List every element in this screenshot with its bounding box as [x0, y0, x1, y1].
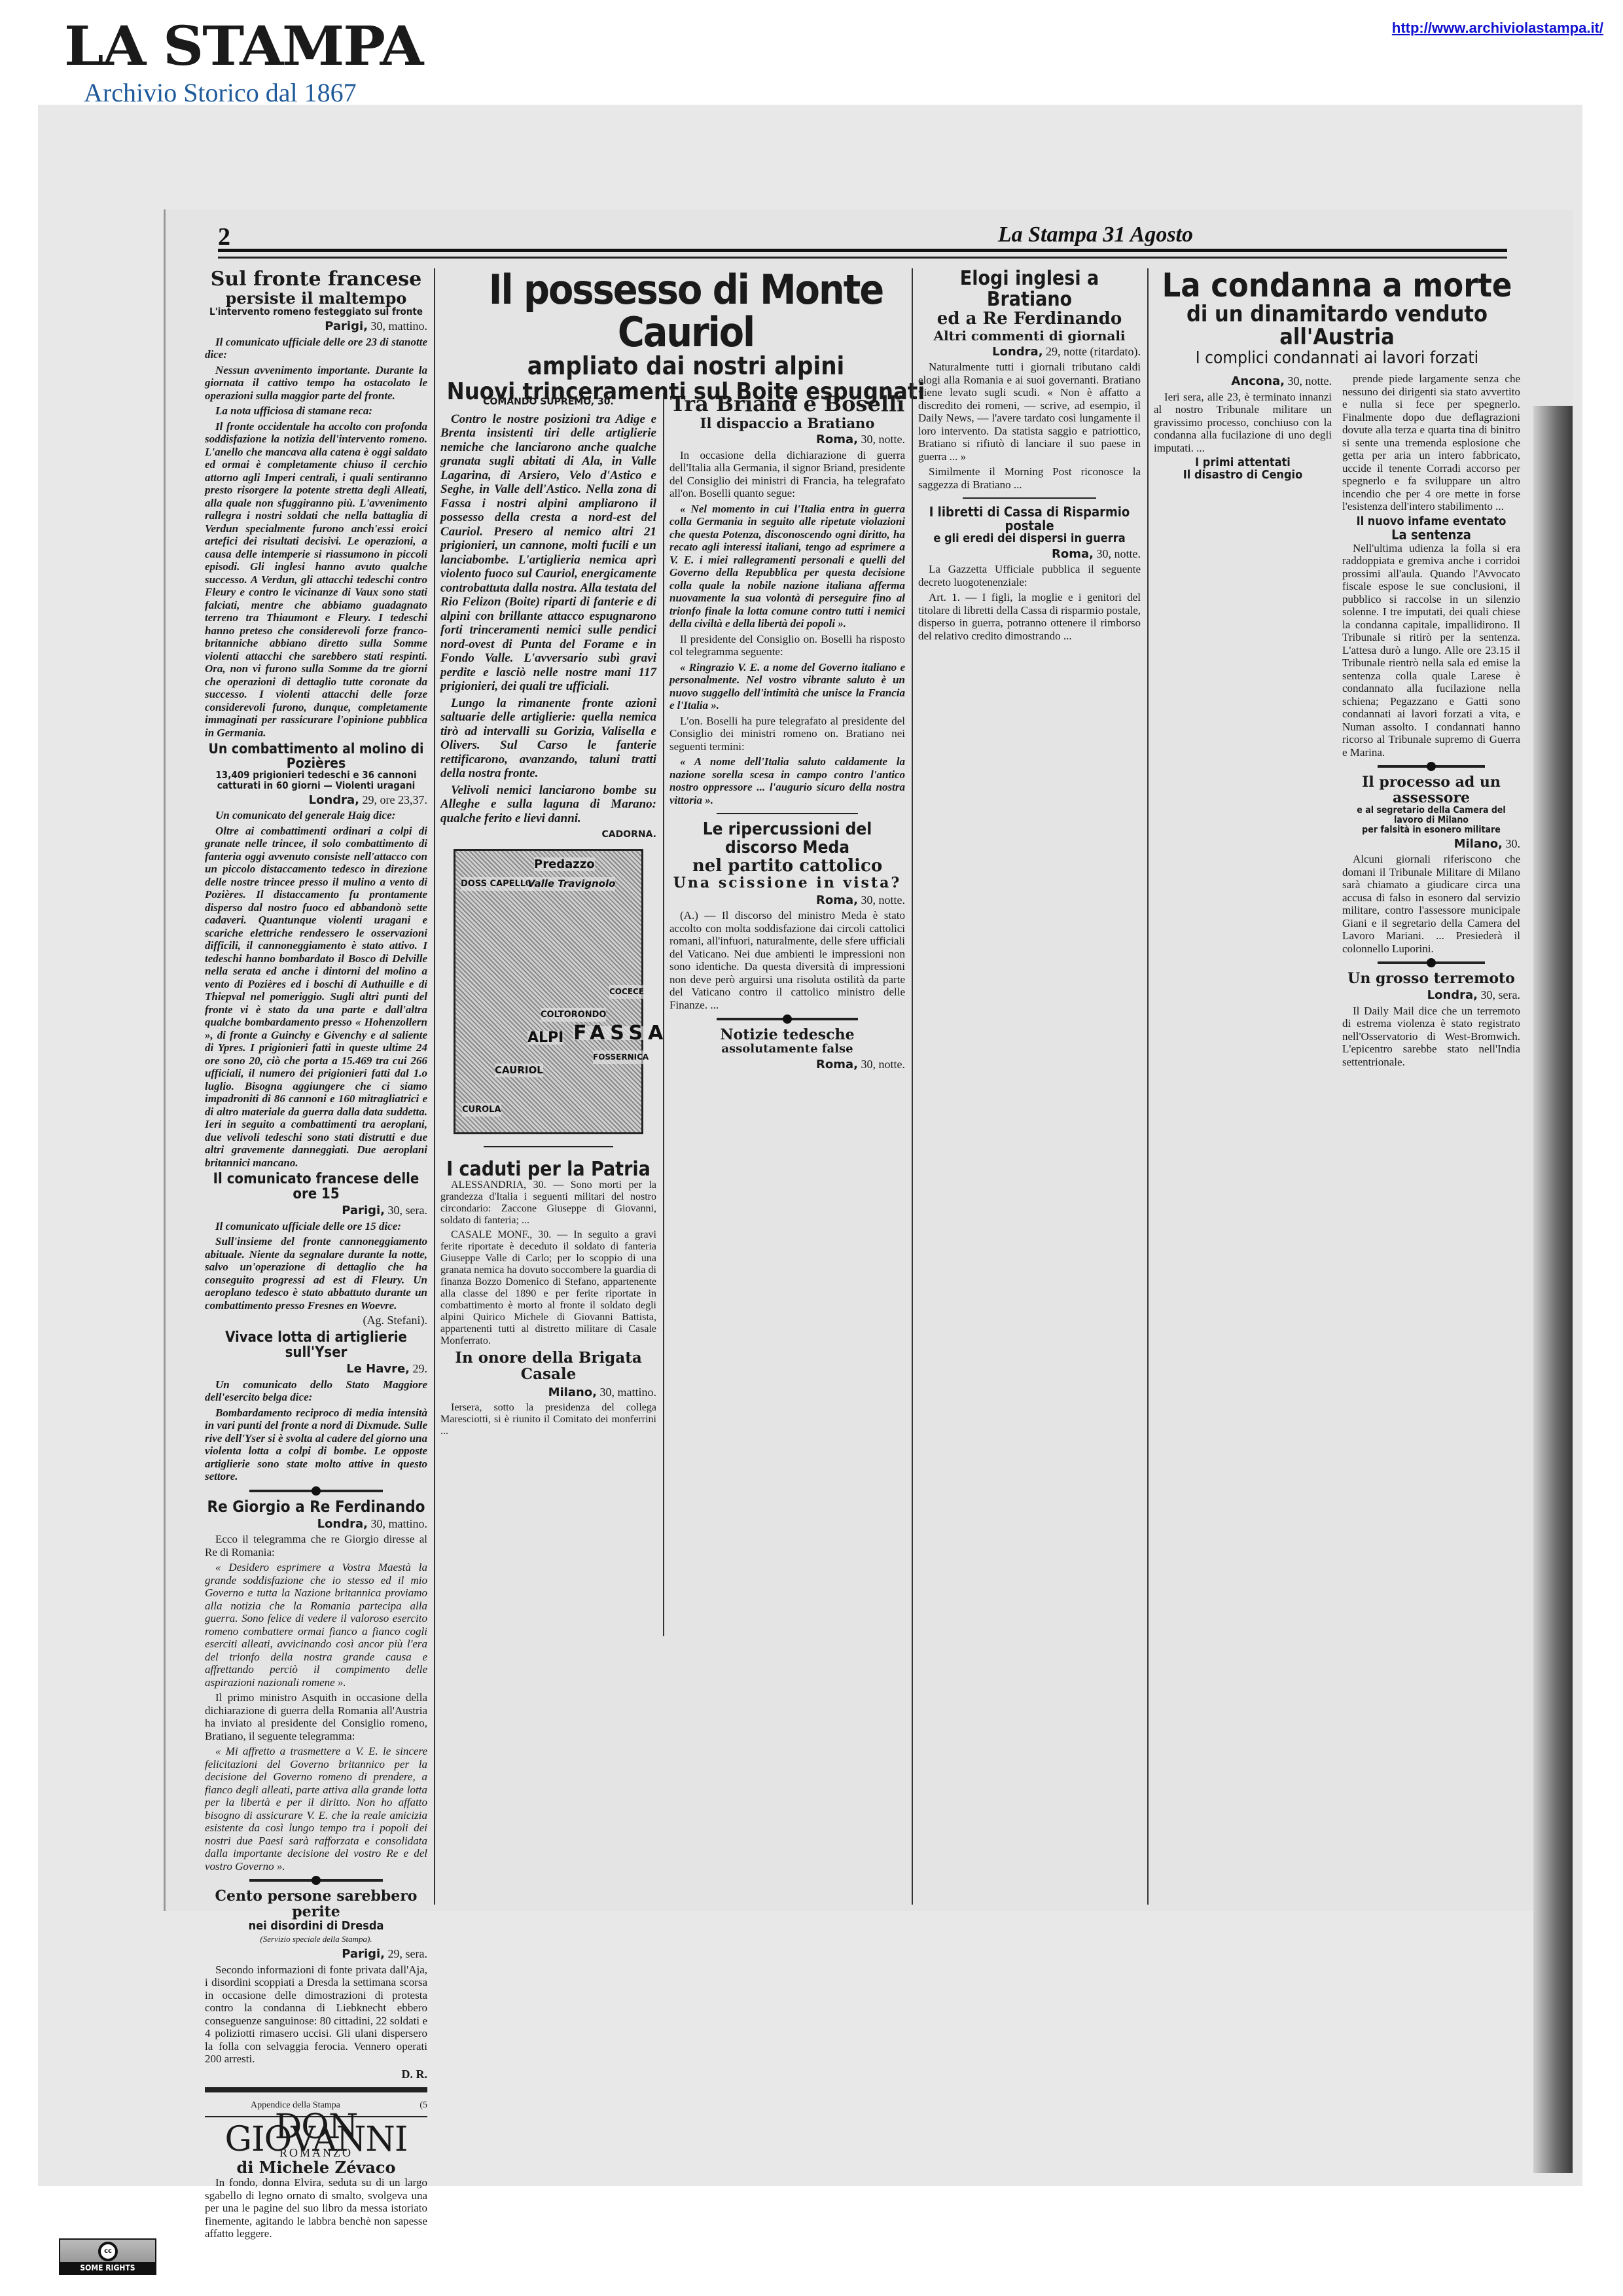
subhead: e gli eredi dei dispersi in guerra — [918, 533, 1141, 545]
headline: Tra Briand e Boselli — [669, 393, 905, 416]
novel-title: DON GIOVANNI — [205, 2121, 427, 2147]
article-pozieres: Un combattimento al molino di Pozières 1… — [205, 742, 427, 1169]
masthead-title: La Stampa 31 Agosto — [998, 223, 1193, 247]
headline: Re Giorgio a Re Ferdinando — [205, 1499, 427, 1515]
headline: Il possesso di Monte Cauriol — [440, 268, 931, 353]
subhead: di un dinamitardo venduto all'Austria — [1154, 303, 1520, 350]
logo-subtitle: Archivio Storico dal 1867 — [84, 77, 405, 108]
cc-icon: cc — [98, 2242, 118, 2261]
subhead: nel partito cattolico — [669, 857, 905, 876]
headline-sentenza: La sentenza — [1342, 528, 1520, 542]
subhead: nei disordini di Dresda — [205, 1920, 427, 1933]
headline: La condanna a morte — [1154, 268, 1520, 303]
archive-logo[interactable]: LA STAMPA Archivio Storico dal 1867 — [64, 20, 405, 108]
column-3: Tra Briand e Boselli Il dispaccio a Brat… — [669, 393, 905, 1074]
headline: Notizie tedesche — [669, 1027, 905, 1043]
headline: Le ripercussioni del discorso Meda — [669, 821, 905, 857]
article-meda: Le ripercussioni del discorso Meda nel p… — [669, 821, 905, 1011]
page-number: 2 — [218, 223, 230, 251]
deck: I complici condannati ai lavori forzati — [1154, 350, 1520, 367]
archive-site-link[interactable]: http://www.archiviolastampa.it/ — [1392, 20, 1603, 37]
subhead: ampliato dai nostri alpini — [440, 353, 931, 380]
newspaper-page: 2 La Stampa 31 Agosto Sul fronte frances… — [164, 209, 1573, 1911]
column-4: Elogi inglesi a Bratiano ed a Re Ferdina… — [918, 268, 1141, 645]
article-briand-boselli: Tra Briand e Boselli Il dispaccio a Brat… — [669, 393, 905, 806]
article-fronte-francese: Sul fronte francese persiste il maltempo… — [205, 268, 427, 739]
subhead: Il dispaccio a Bratiano — [669, 416, 905, 431]
article-re-giorgio: Re Giorgio a Re Ferdinando Londra, 30, m… — [205, 1499, 427, 1873]
article-libretti: I libretti di Cassa di Risparmio postale… — [918, 505, 1141, 642]
article-cauriol: COMANDO SUPREMO, 30. Contro le nostre po… — [440, 393, 656, 1440]
column-1: Sul fronte francese persiste il maltempo… — [205, 268, 427, 2243]
article-condanna: La condanna a morte di un dinamitardo ve… — [1154, 268, 1520, 1071]
headline-terremoto: Un grosso terremoto — [1342, 971, 1520, 986]
headline: I libretti di Cassa di Risparmio postale — [918, 505, 1141, 533]
headline: Un combattimento al molino di Pozières — [205, 742, 427, 770]
subhead: ed a Re Ferdinando — [918, 310, 1141, 329]
article-dresda: Cento persone sarebbero perite nei disor… — [205, 1888, 427, 2081]
subhead: assolutamente false — [669, 1043, 905, 1056]
article-bratiano: Elogi inglesi a Bratiano ed a Re Ferdina… — [918, 268, 1141, 491]
article-notizie-tedesche: Notizie tedesche assolutamente false Rom… — [669, 1027, 905, 1071]
logo-title: LA STAMPA — [64, 20, 422, 73]
headline-brigata-casale: In onore della Brigata Casale — [440, 1350, 656, 1383]
headline: Elogi inglesi a Bratiano — [918, 268, 1141, 310]
deck: L'intervento romeno festeggiato sul fron… — [205, 307, 427, 317]
headline: Sul fronte francese — [205, 268, 427, 290]
creative-commons-badge[interactable]: cc SOME RIGHTS RESERVED — [59, 2238, 156, 2275]
article-comunicato-15: Il comunicato francese delle ore 15 Pari… — [205, 1172, 427, 1327]
appendix-novel: Appendice della Stampa(5 DON GIOVANNI RO… — [205, 2099, 427, 2240]
headline-caduti: I caduti per la Patria — [440, 1159, 656, 1180]
headline-assessore: Il processo ad un assessore — [1342, 774, 1520, 806]
deck: 13,409 prigionieri tedeschi e 36 cannoni… — [205, 770, 427, 791]
map-fassa-cauriol: Predazzo DOSS CAPELLO Valle Travignolo C… — [454, 849, 643, 1134]
deck: Altri commenti di giornali — [918, 329, 1141, 343]
headline: Il comunicato francese delle ore 15 — [205, 1172, 427, 1202]
headline: Vivace lotta di artiglierie sull'Yser — [205, 1330, 427, 1360]
masthead: 2 La Stampa 31 Agosto — [179, 216, 1546, 268]
subhead: persiste il maltempo — [205, 290, 427, 307]
article-cauriol-header: Il possesso di Monte Cauriol ampliato da… — [440, 268, 931, 404]
deck: Una scissione in vista? — [669, 875, 905, 891]
article-yser: Vivace lotta di artiglierie sull'Yser Le… — [205, 1330, 427, 1483]
headline: Cento persone sarebbero perite — [205, 1888, 427, 1920]
